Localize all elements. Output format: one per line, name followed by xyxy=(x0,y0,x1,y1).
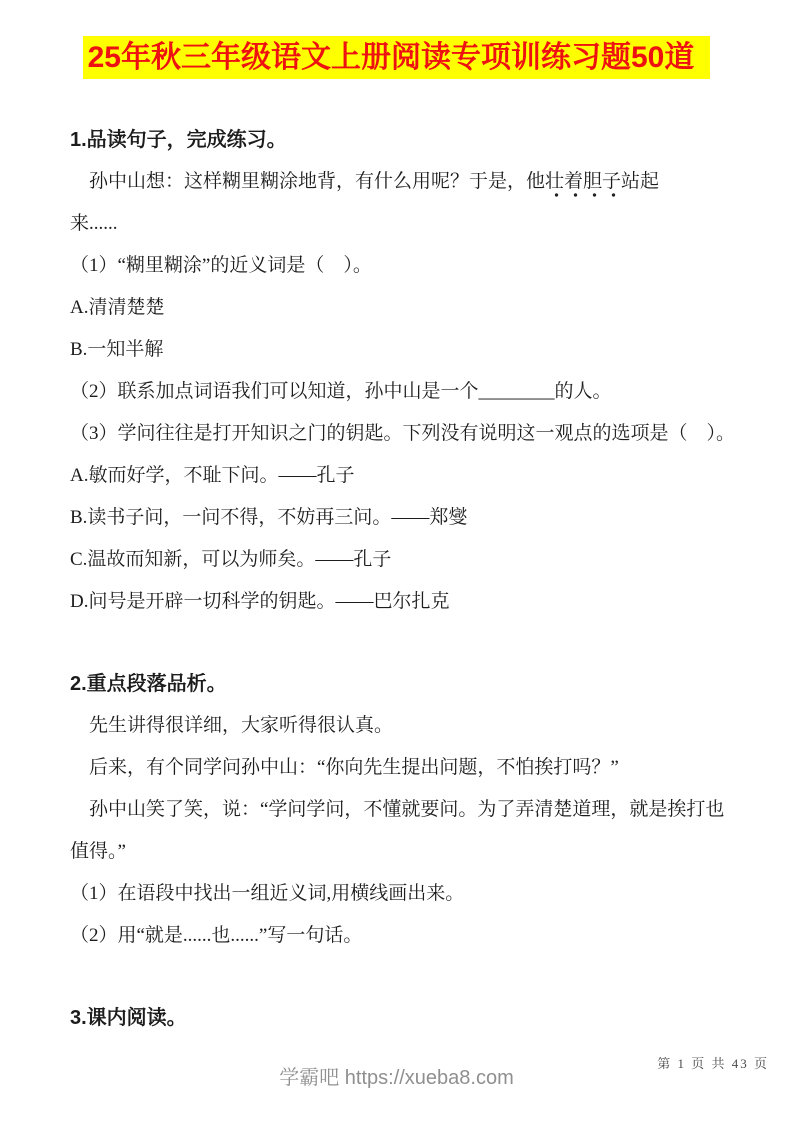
section2-paragraph1: 先生讲得很详细，大家听得很认真。 xyxy=(70,705,738,747)
section3-heading: 3.课内阅读。 xyxy=(70,997,738,1039)
document-page: 25年秋三年级语文上册阅读专项训练习题50道 1.品读句子，完成练习。 孙中山想… xyxy=(0,0,793,1122)
section1-question2: （2）联系加点词语我们可以知道，孙中山是一个________的人。 xyxy=(70,371,738,413)
section1-question3-option-d: D.问号是开辟一切科学的钥匙。——巴尔扎克 xyxy=(70,581,738,623)
section1-heading: 1.品读句子，完成练习。 xyxy=(70,119,738,161)
document-title: 25年秋三年级语文上册阅读专项训练习题50道 xyxy=(83,36,711,79)
section2-question1: （1）在语段中找出一组近义词,用横线画出来。 xyxy=(70,873,738,915)
section1-question1: （1）“糊里糊涂”的近义词是（ ）。 xyxy=(70,245,738,287)
title-row: 25年秋三年级语文上册阅读专项训练习题50道 xyxy=(0,36,793,79)
document-body: 1.品读句子，完成练习。 孙中山想：这样糊里糊涂地背，有什么用呢？于是，他壮着胆… xyxy=(70,119,738,1039)
section1-question1-option-b: B.一知半解 xyxy=(70,329,738,371)
section1-question3-option-c: C.温故而知新，可以为师矣。——孔子 xyxy=(70,539,738,581)
section1-question1-option-a: A.清清楚楚 xyxy=(70,287,738,329)
emphasized-text: 壮着胆子 xyxy=(545,171,621,198)
paragraph-text-post: 站起 xyxy=(621,171,659,192)
site-watermark: 学霸吧 https://xueba8.com xyxy=(0,1061,793,1090)
section1-question3-option-b: B.读书子问，一问不得，不妨再三问。——郑燮 xyxy=(70,497,738,539)
section2-paragraph3-line2: 值得。” xyxy=(70,831,738,873)
section2-paragraph3-line1: 孙中山笑了笑，说：“学问学问，不懂就要问。为了弄清楚道理，就是挨打也 xyxy=(70,789,738,831)
section1-question3: （3）学问往往是打开知识之门的钥匙。下列没有说明这一观点的选项是（ ）。 xyxy=(70,413,738,455)
section1-paragraph-line1: 孙中山想：这样糊里糊涂地背，有什么用呢？于是，他壮着胆子站起 xyxy=(70,161,738,203)
section2-heading: 2.重点段落品析。 xyxy=(70,663,738,705)
paragraph-text-pre: 孙中山想：这样糊里糊涂地背，有什么用呢？于是，他 xyxy=(89,171,545,192)
section1-question3-option-a: A.敏而好学，不耻下问。——孔子 xyxy=(70,455,738,497)
section2-question2: （2）用“就是......也......”写一句话。 xyxy=(70,915,738,957)
section1-paragraph-line2: 来...... xyxy=(70,203,738,245)
section2-paragraph2: 后来，有个同学问孙中山：“你向先生提出问题，不怕挨打吗？” xyxy=(70,747,738,789)
